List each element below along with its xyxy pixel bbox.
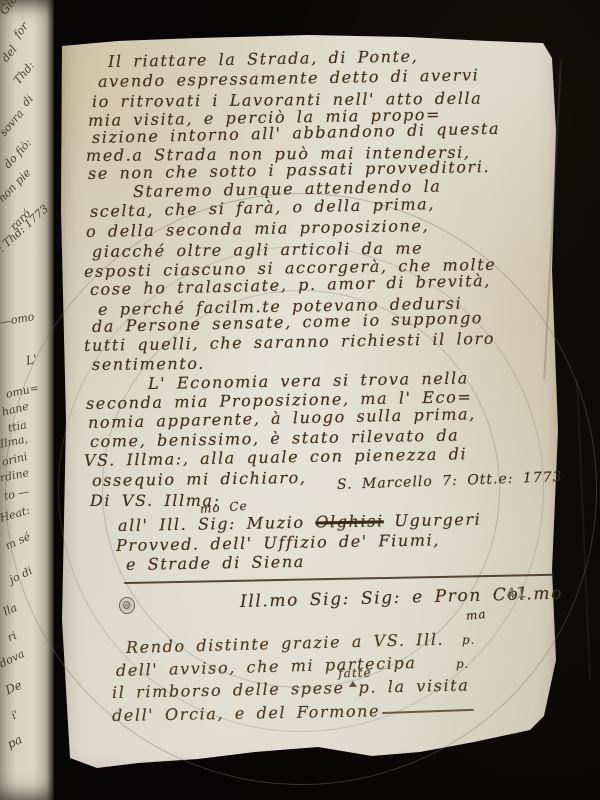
spine-text-fragment: Thd: <box>11 59 37 87</box>
letter2-line-1-tail: p. <box>462 633 476 647</box>
address-struck-word: Olghisi <box>315 511 384 531</box>
caret-icon <box>348 681 356 687</box>
spine-text-fragment: —omo <box>0 310 35 329</box>
address-pre: all' Ill. Sig: Muzio <box>118 513 316 535</box>
archive-stamp-icon <box>119 597 135 614</box>
spine-text-fragment: do fiò: <box>1 136 34 171</box>
manuscript-line: sentimento. <box>92 354 205 374</box>
spine-text-fragment: dova <box>0 647 27 670</box>
letter2-line-2-tail: p. <box>456 657 470 671</box>
manuscript-photo: Giog:fordelThd:disovrado fiò:non pieraró… <box>0 0 600 800</box>
spine-text-fragment: De <box>3 678 24 698</box>
spine-text-fragment: ri <box>5 629 18 644</box>
address-post: Ugurgeri <box>384 510 482 531</box>
spine-text-fragment: non pie <box>0 166 33 205</box>
letter2-line-3-post: p. la visita <box>358 676 469 697</box>
spine-text-fragment: pa <box>5 732 24 751</box>
manuscript-line: ossequio mi dichiaro, <box>92 468 307 490</box>
folio-page-number: 41 <box>505 583 528 603</box>
spine-text-fragment: Giog: <box>0 0 27 17</box>
spine-text-fragment: del <box>0 43 20 64</box>
spine-text-fragment: i' <box>9 708 20 723</box>
spine-text-fragment: lla <box>1 601 19 618</box>
insertion-caret: fatte <box>344 683 358 693</box>
letter2-salutation-tail: ma <box>465 607 487 623</box>
address-line-3: e Strade di Siena <box>126 552 305 574</box>
spine-text-fragment: for <box>11 20 31 41</box>
spine-text-fragment: sovra <box>0 107 26 139</box>
spine-text-fragment: di <box>19 92 36 109</box>
inserted-word: fatte <box>338 666 372 681</box>
